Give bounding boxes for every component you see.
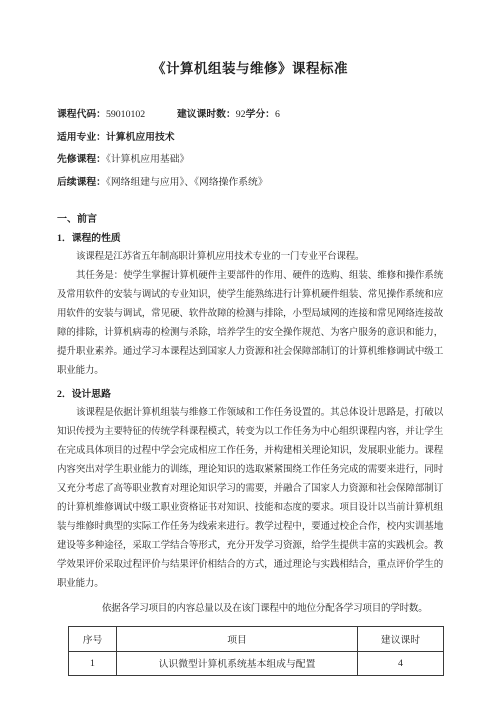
table-header-no: 序号 [69, 626, 117, 651]
table-cell-item: 认识微型计算机系统基本组成与配置 [117, 651, 358, 675]
credit-value: 6 [275, 109, 280, 120]
suggested-hours-label: 建议课时数： [177, 109, 236, 120]
hours-credit-group: 建议课时数：92学分：6 [177, 109, 280, 120]
table-header-hours: 建议课时 [358, 626, 444, 651]
meta-row-major: 适用专业：计算机应用技术 [57, 131, 443, 144]
table-cell-no: 1 [69, 651, 117, 675]
table-header-row: 序号 项目 建议课时 [69, 626, 444, 651]
paragraph-course-nature-2: 其任务是：使学生掌握计算机硬件主要部件的作用、硬件的选购、组装、维修和操作系统及… [57, 267, 443, 381]
credit-label: 学分： [246, 109, 275, 120]
subsection-heading-course-nature: 1．课程的性质 [57, 229, 443, 248]
table-cell-hours: 4 [358, 651, 444, 675]
table-row: 1 认识微型计算机系统基本组成与配置 4 [69, 651, 444, 675]
paragraph-design-idea: 该课程是依据计算机组装与维修工作领域和工作任务设置的。其总体设计思路是，打破以知… [57, 404, 443, 594]
major-label: 适用专业： [57, 132, 106, 143]
section-heading-foreword: 一、前言 [57, 210, 443, 229]
paragraph-course-nature-1: 该课程是江苏省五年制高职计算机应用技术专业的一门专业平台课程。 [57, 248, 443, 267]
suggested-hours-value: 92 [236, 109, 246, 120]
meta-row-prerequisite: 先修课程：《计算机应用基础》 [57, 153, 443, 166]
course-code-value: 59010102 [106, 109, 145, 120]
prerequisite-value: 《计算机应用基础》 [106, 154, 189, 165]
hours-allocation-table: 序号 项目 建议课时 1 认识微型计算机系统基本组成与配置 4 [68, 626, 444, 676]
hours-allocation-note: 依据各学习项目的内容总量以及在该门课程中的地位分配各学习项目的学时数。 [57, 600, 443, 619]
followup-label: 后续课程： [57, 177, 106, 188]
course-code-group: 课程代码：59010102 [57, 108, 177, 121]
meta-row-course-code: 课程代码：59010102建议课时数：92学分：6 [57, 108, 443, 121]
prerequisite-label: 先修课程： [57, 154, 106, 165]
followup-value: 《网络组建与应用》、《网络操作系统》 [106, 177, 268, 188]
table-header-item: 项目 [117, 626, 358, 651]
page-title: 《计算机组装与维修》课程标准 [57, 58, 443, 79]
document-page: 《计算机组装与维修》课程标准 课程代码：59010102建议课时数：92学分：6… [0, 0, 500, 707]
major-value: 计算机应用技术 [106, 132, 175, 143]
meta-row-followup: 后续课程：《网络组建与应用》、《网络操作系统》 [57, 176, 443, 189]
subsection-heading-design-idea: 2．设计思路 [57, 385, 443, 404]
course-code-label: 课程代码： [57, 109, 106, 120]
